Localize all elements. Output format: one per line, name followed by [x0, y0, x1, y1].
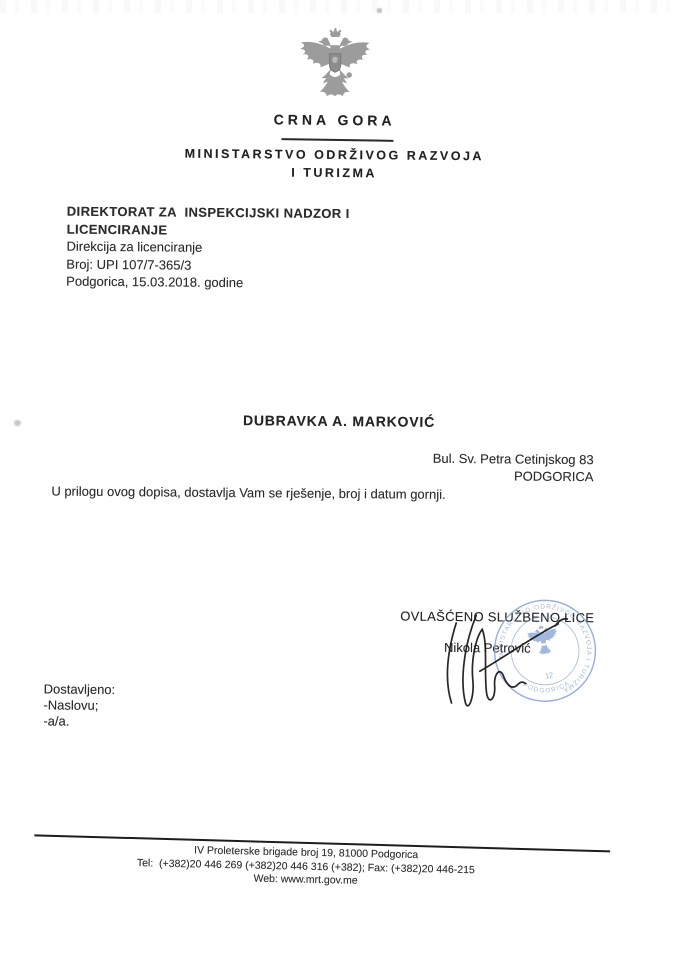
body-paragraph: U prilogu ovog dopisa, dostavlja Vam se … — [51, 483, 571, 503]
recipient-name: DUBRAVKA A. MARKOVIĆ — [243, 412, 435, 430]
recipient-address: Bul. Sv. Petra Cetinjskog 83 PODGORICA — [433, 450, 594, 485]
ministry-name-line1: MINISTARSTVO ODRŽIVOG RAZVOJA — [2, 145, 666, 165]
reference-block: DIREKTORAT ZA INSPEKCIJSKI NADZOR I LICE… — [66, 203, 350, 293]
montenegro-coat-of-arms-icon — [292, 24, 379, 107]
country-name: CRNA GORA — [3, 109, 667, 131]
reference-line-directorate: DIREKTORAT ZA INSPEKCIJSKI NADZOR I — [67, 203, 350, 223]
scanned-letter-page: CRNA GORA MINISTARSTVO ODRŽIVOG RAZVOJA … — [0, 0, 679, 960]
signature-scribble — [417, 597, 578, 716]
delivery-item-aa: -a/a. — [43, 713, 115, 730]
delivery-item-naslovu: -Naslovu; — [43, 697, 115, 714]
recipient-street: Bul. Sv. Petra Cetinjskog 83 — [433, 450, 594, 468]
delivery-label: Dostavljeno: — [44, 681, 116, 698]
recipient-city: PODGORICA — [433, 467, 594, 485]
delivery-block: Dostavljeno: -Naslovu; -a/a. — [43, 681, 115, 730]
document-content: CRNA GORA MINISTARSTVO ODRŽIVOG RAZVOJA … — [0, 0, 679, 960]
reference-line-date: Podgorica, 15.03.2018. godine — [66, 273, 349, 293]
ministry-name-line2: I TURIZMA — [2, 163, 666, 183]
header-divider — [281, 138, 393, 142]
reference-line-direction: Direkcija za licenciranje — [66, 238, 349, 258]
